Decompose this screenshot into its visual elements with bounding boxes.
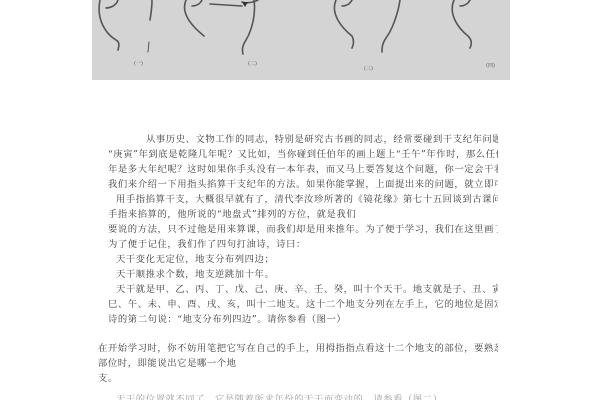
text-line: 手指来掐算的，他所说的“地盘式”排列的方位，就是我们 bbox=[108, 207, 498, 222]
hand-5-outline bbox=[452, 0, 471, 48]
caption-1: (一) bbox=[134, 61, 143, 67]
marker-triangle bbox=[242, 2, 248, 7]
text-line: 年是多大年纪呢？这时如果你手头没有一本年表，而又马上要答复这个问题，你一定会干着… bbox=[108, 162, 498, 177]
text-line: 支。 bbox=[98, 371, 498, 386]
paragraph-2: 用手指掐算干支，大概很早就有了，清代李汝珍所著的《镜花缘》第七十五回谈到古课问题… bbox=[108, 192, 498, 252]
text-line: 诗的第二句说：“地支分布列四边”。请你参看（图一） bbox=[108, 312, 498, 327]
paragraph-4: 在开始学习时，你不妨用笔把它写在自己的手上，用拇指指点看这十二个地支的部位，要熟… bbox=[98, 341, 498, 386]
text-line: 用手指掐算干支，大概很早就有了，清代李汝珍所著的《镜花缘》第七十五回谈到古课问题… bbox=[108, 192, 498, 207]
text-line: 天干就是甲、乙、丙、丁、戊、己、庚、辛、壬、癸，叫十个天干。地支就是子、丑、寅、… bbox=[108, 282, 498, 297]
caption-4: (四) bbox=[486, 62, 495, 69]
text-line: 要说的方法，只不过他是用来算课，而我们却是用来推年。为了便于学习，我们在这里画了… bbox=[108, 222, 498, 237]
caption-2: (二) bbox=[248, 61, 257, 67]
verse-line: 天干变化无定位，地支分布列四边； bbox=[108, 252, 498, 267]
hand-2-right-outline bbox=[242, 0, 254, 54]
paragraph-gap bbox=[108, 327, 498, 341]
hand-illustration: (一) (二) (三) (四) bbox=[92, 0, 510, 80]
text-line: 从事历史、文物工作的同志，特别是研究古书画的同志，经常要碰到干支纪年问题。比如，… bbox=[108, 132, 498, 147]
paragraph-1: 从事历史、文物工作的同志，特别是研究古书画的同志，经常要碰到干支纪年问题。比如，… bbox=[108, 132, 498, 192]
text-line: 巳、午、未、申、酉、戌、亥，叫十二地支。这十二个地支分列在左手上，它的地位是固定… bbox=[108, 297, 498, 312]
paragraph-5-partial: 天干的位置就不同了，它是随着所求年份的天干而变动的，请参看（图二）…… bbox=[108, 392, 498, 400]
text-line: 部位时，即能说出它是哪一个地 bbox=[98, 356, 498, 371]
article-body: 从事历史、文物工作的同志，特别是研究古书画的同志，经常要碰到干支纪年问题。比如，… bbox=[108, 132, 498, 400]
text-line: 在开始学习时，你不妨用笔把它写在自己的手上，用拇指指点看这十二个地支的部位，要熟… bbox=[98, 341, 498, 356]
verse: 天干变化无定位，地支分布列四边； 天干顺推求个数，地支逆跳加十年。 bbox=[108, 252, 498, 282]
hand-3-outline bbox=[334, 0, 353, 48]
hand-4-outline bbox=[382, 0, 400, 52]
caption-3: (三) bbox=[364, 66, 373, 72]
text-line: 为了便于记住，我们作了四句打油诗，诗曰： bbox=[108, 237, 498, 252]
text-line: 我们来介绍一下用指头掐算干支纪年的方法。如果你能掌握，上面提出来的问题，就立即可… bbox=[108, 177, 498, 192]
text-line: “庚寅”年到底是乾隆几年呢？又比如，当你碰到任伯年的画上题上“壬午”年作时，那么… bbox=[108, 147, 498, 162]
hand-diagram-figure: (一) (二) (三) (四) bbox=[92, 0, 510, 80]
paragraph-3: 天干就是甲、乙、丙、丁、戊、己、庚、辛、壬、癸，叫十个天干。地支就是子、丑、寅、… bbox=[108, 282, 498, 327]
verse-line: 天干顺推求个数，地支逆跳加十年。 bbox=[108, 267, 498, 282]
text-line: 天干的位置就不同了，它是随着所求年份的天干而变动的，请参看（图二）…… bbox=[108, 392, 498, 400]
